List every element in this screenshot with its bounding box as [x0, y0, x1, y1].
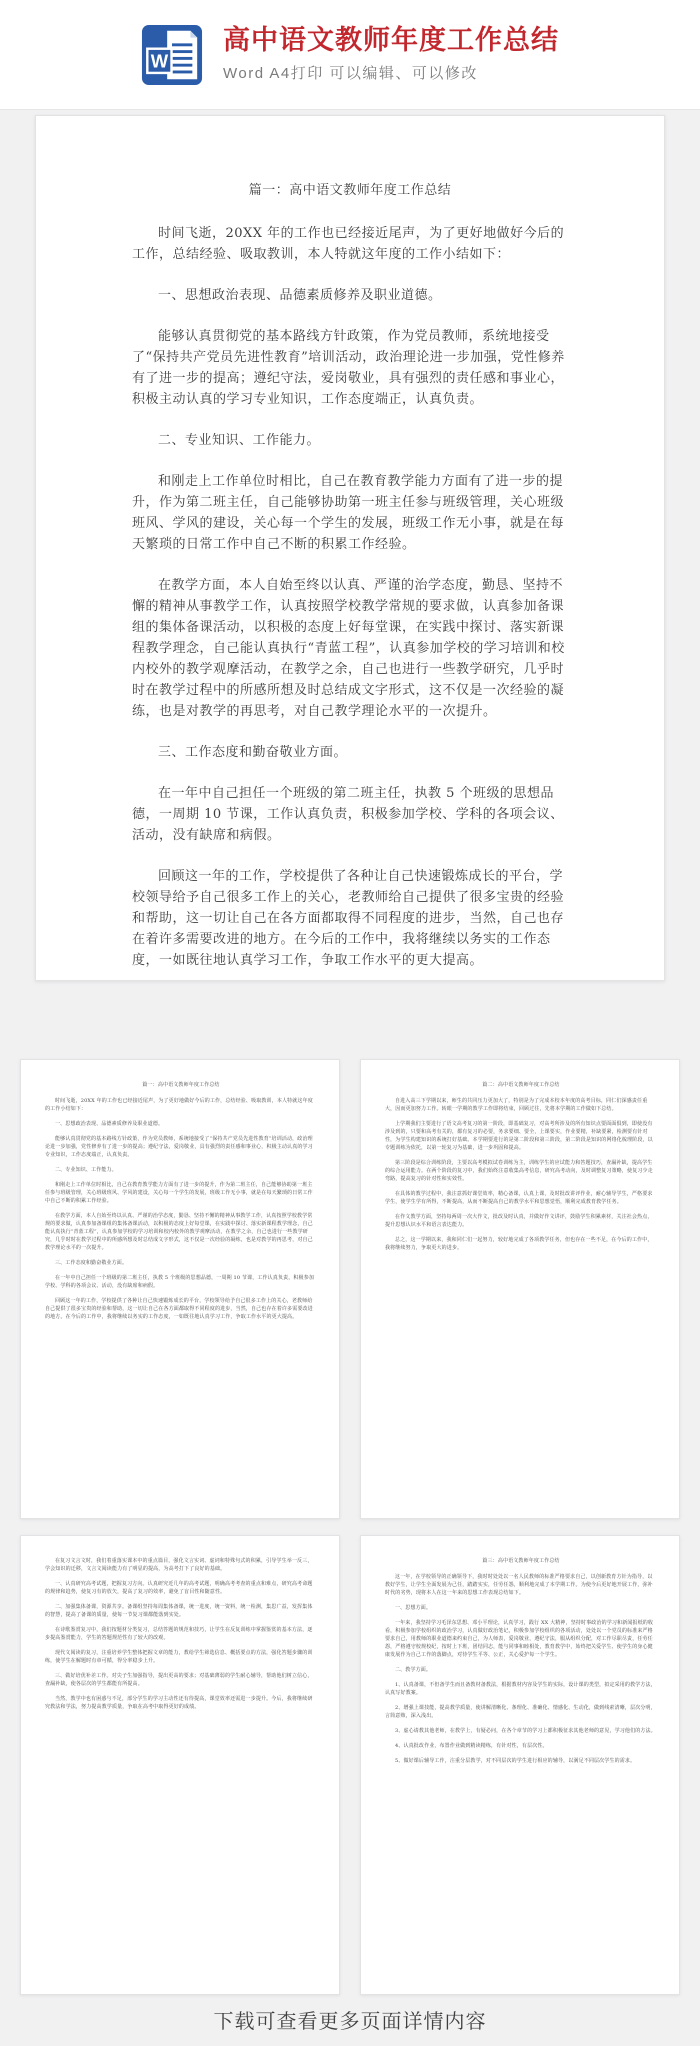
doc-para: 在一年中自己担任一个班级的第二班主任，执教 5 个班级的思想品德，一周期 10 … [132, 783, 568, 846]
doc-para: 时间飞逝，20XX 年的工作也已经接近尾声，为了更好地做好今后的工作，总结经验、… [132, 223, 568, 265]
doc-para: 5、做好课后辅导工作，注重分层教学，对不同层次的学生进行相应的辅导，以满足不同层… [385, 1757, 657, 1765]
doc-section: 一、思想政治表现、品德素质修养及职业道德。 [45, 1120, 317, 1128]
doc-para: 现代文阅读的复习，注重培养学生整体把握文章的能力，教给学生筛选信息、概括要点的方… [45, 1649, 317, 1665]
more-pages-hint: 下载可查看更多页面详情内容 [214, 2005, 487, 2034]
doc-para: 4、认真批改作业，布置作业做到精读精练，有针对性，有层次性。 [385, 1742, 657, 1750]
page-thumbnail-2-content: 篇二：高中语文教师年度工作总结自进入高三下学期以来，师生的共同压力更加大了，特别… [361, 1060, 680, 1519]
doc-para: 在教学方面，本人自始至终以认真、严谨的治学态度，勤恳、坚持不懈的精神从事教学工作… [132, 575, 568, 722]
word-icon-letter: W [151, 50, 169, 71]
doc-para: 这一年，在学校领导的正确领导下，我时时处处以一名人民教师的标准严格要求自己，以创… [385, 1573, 657, 1597]
page-thumbnail-3[interactable]: 在复习文言文时，我们着重落实课本中的重点篇目，强化文言实词、虚词和特殊句式的积累… [20, 1535, 340, 1995]
doc-para: 在诗歌鉴赏复习中，我们按题材分类复习，总结答题的规范和技巧，让学生在反复训练中掌… [45, 1626, 317, 1642]
page-thumbnail-2[interactable]: 篇二：高中语文教师年度工作总结自进入高三下学期以来，师生的共同压力更加大了，特别… [360, 1059, 680, 1519]
doc-para: 时间飞逝，20XX 年的工作也已经接近尾声，为了更好地做好今后的工作，总结经验、… [45, 1097, 317, 1113]
doc-para: 能够认真贯彻党的基本路线方针政策，作为党员教师，系统地接受了“保持共产党员先进性… [132, 326, 568, 410]
header-content: W 高中语文教师年度工作总结 Word A4打印 可以编辑、可以修改 [141, 24, 559, 86]
doc-para: 和刚走上工作单位时相比，自己在教育教学能力方面有了进一步的提升，作为第二班主任，… [45, 1181, 317, 1205]
document-preview-area: 篇一：高中语文教师年度工作总结时间飞逝，20XX 年的工作也已经接近尾声，为了更… [0, 110, 700, 1995]
page-thumbnail-4-content: 篇三：高中语文教师年度工作总结这一年，在学校领导的正确领导下，我时时处处以一名人… [361, 1536, 680, 1995]
doc-para: 上学期我们主要进行了语文高考复习的第一阶段，即基础复习，对高考所涉及的所有知识点… [385, 1120, 657, 1152]
doc-para: 当然，教学中也有困惑与不足，部分学生的学习主动性还有待提高，课堂效率还需进一步提… [45, 1695, 317, 1711]
doc-para: 三、做好培优补差工作。对尖子生加强指导，提出更高的要求；对基础薄弱的学生耐心辅导… [45, 1672, 317, 1688]
doc-para: 1、认真备课，不但备学生而且备教材备教法，根据教材内容及学生的实际，设计课的类型… [385, 1681, 657, 1697]
doc-para: 一、认真研究高考试题，把握复习方向。认真研究近几年的高考试题，明确高考考查的重点… [45, 1580, 317, 1596]
page-thumbnail-4[interactable]: 篇三：高中语文教师年度工作总结这一年，在学校领导的正确领导下，我时时处处以一名人… [360, 1535, 680, 1995]
doc-section: 一、思想方面。 [385, 1604, 657, 1612]
site-header: W 高中语文教师年度工作总结 Word A4打印 可以编辑、可以修改 [0, 0, 700, 110]
doc-para: 自进入高三下学期以来，师生的共同压力更加大了，特别是为了完成本校本年度的高考目标… [385, 1097, 657, 1113]
doc-heading: 篇一：高中语文教师年度工作总结 [45, 1081, 317, 1089]
doc-para: 和刚走上工作单位时相比，自己在教育教学能力方面有了进一步的提升，作为第二班主任，… [132, 471, 568, 555]
doc-section: 三、工作态度和勤奋敬业方面。 [132, 742, 568, 763]
page-footer: 下载可查看更多页面详情内容 [0, 1995, 700, 2044]
word-document-icon: W [141, 24, 203, 86]
doc-para: 在教学方面，本人自始至终以认真、严谨的治学态度，勤恳、坚持不懈的精神从事教学工作… [45, 1212, 317, 1252]
doc-para: 第三阶段是综合训练阶段，主要以高考模拟试卷训练为主，训练学生的应试能力和答题技巧… [385, 1159, 657, 1183]
document-page-preview: 篇一：高中语文教师年度工作总结时间飞逝，20XX 年的工作也已经接近尾声，为了更… [35, 115, 665, 981]
doc-para: 能够认真贯彻党的基本路线方针政策，作为党员教师，系统地接受了“保持共产党员先进性… [45, 1135, 317, 1159]
doc-section: 三、工作态度和勤奋敬业方面。 [45, 1259, 317, 1267]
doc-section: 二、教学方面。 [385, 1666, 657, 1674]
doc-section: 一、思想政治表现、品德素质修养及职业道德。 [132, 285, 568, 306]
doc-para: 在具体的教学过程中，我注意抓好课堂效率，精心备课，认真上课，及时批改讲评作业，耐… [385, 1190, 657, 1206]
doc-para: 回顾这一年的工作，学校提供了各种让自己快速锻炼成长的平台，学校领导给予自己很多工… [45, 1297, 317, 1321]
doc-para: 3、虚心请教其他老师，在教学上，有疑必问，在各个章节的学习上都积极征求其他老师的… [385, 1727, 657, 1735]
doc-para: 在作文教学方面，坚持每两周一次大作文，批改及时认真，并做好作文讲评，鼓励学生积累… [385, 1213, 657, 1229]
doc-para: 二、加强集体备课，资源共享。备课组坚持每周集体备课，统一进度，统一资料，统一检测… [45, 1603, 317, 1619]
page-thumbnail-1[interactable]: 篇一：高中语文教师年度工作总结时间飞逝，20XX 年的工作也已经接近尾声，为了更… [20, 1059, 340, 1519]
page-thumbnail-grid: 篇一：高中语文教师年度工作总结时间飞逝，20XX 年的工作也已经接近尾声，为了更… [20, 1059, 680, 1995]
page-subtitle: Word A4打印 可以编辑、可以修改 [223, 62, 559, 83]
doc-para: 在一年中自己担任一个班级的第二班主任，执教 5 个班级的思想品德，一周期 10 … [45, 1274, 317, 1290]
doc-section: 二、专业知识、工作能力。 [132, 430, 568, 451]
header-text-block: 高中语文教师年度工作总结 Word A4打印 可以编辑、可以修改 [223, 26, 559, 83]
doc-para: 回顾这一年的工作，学校提供了各种让自己快速锻炼成长的平台，学校领导给予自己很多工… [132, 866, 568, 971]
doc-heading: 篇二：高中语文教师年度工作总结 [385, 1081, 657, 1089]
doc-para: 2、增强上课技能，提高教学质量，使讲解清晰化、条理化、准确化、情感化、生动化，做… [385, 1704, 657, 1720]
doc-para: 一年来，我坚持学习毛泽东思想、邓小平理论，认真学习，践行 XX 大精神，坚持时事… [385, 1619, 657, 1659]
page-title: 高中语文教师年度工作总结 [223, 26, 559, 56]
page-thumbnail-1-content: 篇一：高中语文教师年度工作总结时间飞逝，20XX 年的工作也已经接近尾声，为了更… [21, 1060, 340, 1519]
doc-section: 二、专业知识、工作能力。 [45, 1166, 317, 1174]
doc-para: 总之，这一学期以来，我和同仁们一起努力，较好地完成了各项教学任务，但也存在一些不… [385, 1236, 657, 1252]
page-thumbnail-3-content: 在复习文言文时，我们着重落实课本中的重点篇目，强化文言实词、虚词和特殊句式的积累… [21, 1536, 340, 1995]
doc-heading: 篇三：高中语文教师年度工作总结 [385, 1557, 657, 1565]
doc-heading: 篇一：高中语文教师年度工作总结 [132, 180, 568, 201]
doc-para: 在复习文言文时，我们着重落实课本中的重点篇目，强化文言实词、虚词和特殊句式的积累… [45, 1557, 317, 1573]
